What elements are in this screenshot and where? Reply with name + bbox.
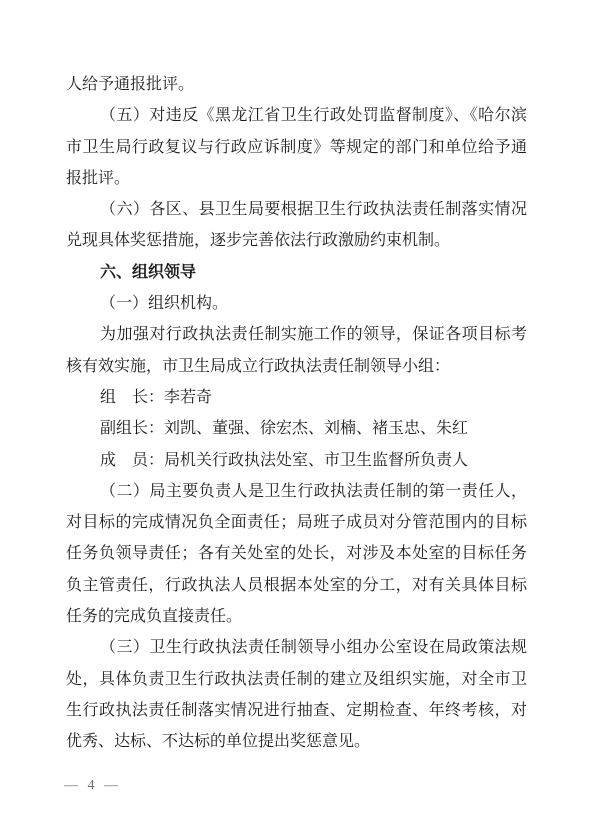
text-line: 组 长：李若奇 — [66, 382, 527, 413]
text-line: （六）各区、县卫生局要根据卫生行政执法责任制落实情况 — [66, 194, 527, 225]
text-line: 报批评。 — [66, 163, 527, 194]
text-line: 优秀、达标、不达标的单位提出奖惩意见。 — [66, 726, 527, 757]
text-line: 处，具体负责卫生行政执法责任制的建立及组织实施，对全市卫 — [66, 664, 527, 695]
text-line: 为加强对行政执法责任制实施工作的领导，保证各项目标考 — [66, 319, 527, 350]
text-line: （三）卫生行政执法责任制领导小组办公室设在局政策法规 — [66, 632, 527, 663]
text-line: 核有效实施，市卫生局成立行政执法责任制领导小组： — [66, 351, 527, 382]
text-line: （一）组织机构。 — [66, 288, 527, 319]
text-line: 负主管责任，行政执法人员根据本处室的分工，对有关具体目标 — [66, 570, 527, 601]
text-line: 副组长：刘凯、董强、徐宏杰、刘楠、褚玉忠、朱红 — [66, 413, 527, 444]
section-heading: 六、组织领导 — [66, 257, 527, 288]
text-line: 人给予通报批评。 — [66, 69, 527, 100]
text-line: 市卫生局行政复议与行政应诉制度》等规定的部门和单位给予通 — [66, 132, 527, 163]
text-line: 任务负领导责任；各有关处室的处长，对涉及本处室的目标任务 — [66, 538, 527, 569]
text-line: 成 员：局机关行政执法处室、市卫生监督所负责人 — [66, 445, 527, 476]
text-line: 兑现具体奖惩措施，逐步完善依法行政激励约束机制。 — [66, 225, 527, 256]
text-line: 生行政执法责任制落实情况进行抽查、定期检查、年终考核，对 — [66, 695, 527, 726]
text-line: 对目标的完成情况负全面责任；局班子成员对分管范围内的目标 — [66, 507, 527, 538]
text-line: （五）对违反《黑龙江省卫生行政处罚监督制度》、《哈尔滨 — [66, 100, 527, 131]
document-body: 人给予通报批评。（五）对违反《黑龙江省卫生行政处罚监督制度》、《哈尔滨市卫生局行… — [66, 69, 527, 758]
document-page: 人给予通报批评。（五）对违反《黑龙江省卫生行政处罚监督制度》、《哈尔滨市卫生局行… — [0, 0, 589, 822]
text-line: （二）局主要负责人是卫生行政执法责任制的第一责任人， — [66, 476, 527, 507]
page-number: — 4 — — [64, 776, 121, 796]
text-line: 任务的完成负直接责任。 — [66, 601, 527, 632]
